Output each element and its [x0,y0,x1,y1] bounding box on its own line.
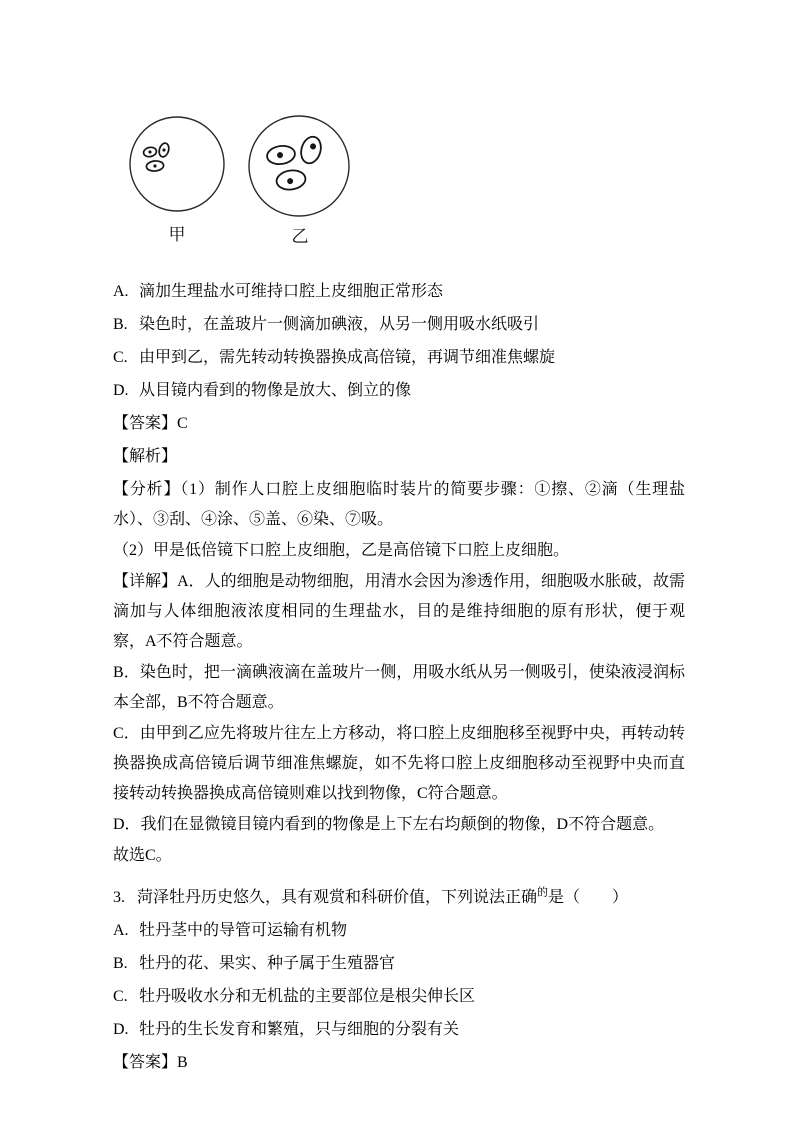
q2-answer-label: 【答案】 [113,415,177,432]
q3-option-b: B. 牡丹的花、果实、种子属于生殖器官 [113,949,685,979]
q2-analysis-paragraph-1: 【分析】（1）制作人口腔上皮细胞临时装片的简要步骤：①擦、②滴（生理盐水）、③刮… [113,475,685,535]
q3-option-b-text: 牡丹的花、果实、种子属于生殖器官 [139,949,685,979]
cell-small-3 [146,160,164,171]
q3-option-c-text: 牡丹吸收水分和无机盐的主要部位是根尖伸长区 [139,982,685,1012]
field-jia: 甲 [130,117,224,244]
q3-option-b-letter: B. [113,949,139,979]
q2-detail-paragraph-d: D．我们在显微镜目镜内看到的物像是上下左右均颠倒的物像，D不符合题意。 [113,810,685,840]
q2-option-c: C. 由甲到乙，需先转动转换器换成高倍镜，再调节细准焦螺旋 [113,343,685,373]
q3-answer-value: B [177,1054,188,1071]
q2-option-d-letter: D. [113,376,139,406]
q2-analysis-header: 【解析】 [113,442,685,472]
q2-analysis-label: 【分析】 [113,481,180,498]
cell-large-right [298,134,324,165]
field-yi: 乙 [249,116,349,246]
q2-option-b-letter: B. [113,310,139,340]
q3-option-a: A. 牡丹茎中的导管可运输有机物 [113,916,685,946]
q2-detail-paragraph-a: 【详解】A．人的细胞是动物细胞，用清水会因为渗透作用，细胞吸水胀破，故需滴加与人… [113,567,685,657]
q3-option-c-letter: C. [113,982,139,1012]
q2-option-b: B. 染色时，在盖玻片一侧滴加碘液，从另一侧用吸水纸吸引 [113,310,685,340]
q3-option-a-letter: A. [113,916,139,946]
question3-stem: 3. 菏泽牡丹历史悠久，具有观赏和科研价值，下列说法正确的是（ ） [113,883,685,913]
q3-number: 3. [113,883,137,913]
q2-answer-value: C [177,415,188,432]
q2-option-d-text: 从目镜内看到的物像是放大、倒立的像 [139,376,685,406]
q2-conclusion: 故选C。 [113,841,685,871]
question3-options: A. 牡丹茎中的导管可运输有机物 B. 牡丹的花、果实、种子属于生殖器官 C. … [113,916,685,1045]
q2-option-d: D. 从目镜内看到的物像是放大、倒立的像 [113,376,685,406]
microscope-figure: 甲 乙 [129,110,685,261]
cell-large-left [266,144,296,166]
q2-answer-line: 【答案】C [113,409,685,439]
cell-large-bottom [275,169,306,192]
document-page: 甲 乙 [0,0,794,1123]
q2-option-a: A. 滴加生理盐水可维持口腔上皮细胞正常形态 [113,277,685,307]
field-yi-label: 乙 [292,227,309,246]
cell-small-2 [158,142,171,158]
q3-option-d-letter: D. [113,1015,139,1045]
q3-option-a-text: 牡丹茎中的导管可运输有机物 [139,916,685,946]
q3-answer-label: 【答案】 [113,1054,177,1071]
q2-option-a-text: 滴加生理盐水可维持口腔上皮细胞正常形态 [139,277,685,307]
q3-option-d-text: 牡丹的生长发育和繁殖，只与细胞的分裂有关 [139,1015,685,1045]
q2-detail-paragraph-b: B．染色时，把一滴碘液滴在盖玻片一侧，用吸水纸从另一侧吸引，使染液浸润标本全部，… [113,658,685,718]
q2-analysis-text-1: （1）制作人口腔上皮细胞临时装片的简要步骤：①擦、②滴（生理盐水）、③刮、④涂、… [113,481,685,528]
microscope-fields-image: 甲 乙 [129,110,369,250]
q3-option-d: D. 牡丹的生长发育和繁殖，只与细胞的分裂有关 [113,1015,685,1045]
q2-option-c-letter: C. [113,343,139,373]
q2-option-b-text: 染色时，在盖玻片一侧滴加碘液，从另一侧用吸水纸吸引 [139,310,685,340]
question2-options: A. 滴加生理盐水可维持口腔上皮细胞正常形态 B. 染色时，在盖玻片一侧滴加碘液… [113,277,685,406]
q3-stem-text: 菏泽牡丹历史悠久，具有观赏和科研价值，下列说法正确的是（ ） [137,883,628,913]
q2-detail-text-a: A．人的细胞是动物细胞，用清水会因为渗透作用，细胞吸水胀破，故需滴加与人体细胞液… [113,573,685,650]
q3-stem-tail: 是（ ） [548,889,628,906]
q2-detail-label: 【详解】 [113,573,177,590]
q3-option-c: C. 牡丹吸收水分和无机盐的主要部位是根尖伸长区 [113,982,685,1012]
q2-detail-paragraph-c: C．由甲到乙应先将玻片往左上方移动，将口腔上皮细胞移至视野中央，再转动转换器换成… [113,719,685,809]
document-content: 甲 乙 [113,110,685,1081]
field-jia-label: 甲 [169,225,186,244]
q3-stem-superscript: 的 [537,887,548,899]
q2-option-c-text: 由甲到乙，需先转动转换器换成高倍镜，再调节细准焦螺旋 [139,343,685,373]
q2-option-a-letter: A. [113,277,139,307]
q2-analysis-paragraph-2: （2）甲是低倍镜下口腔上皮细胞，乙是高倍镜下口腔上皮细胞。 [113,536,685,566]
q3-stem-main: 菏泽牡丹历史悠久，具有观赏和科研价值，下列说法正确 [137,889,537,906]
cell-small-1 [143,146,158,158]
q3-answer-line: 【答案】B [113,1048,685,1078]
